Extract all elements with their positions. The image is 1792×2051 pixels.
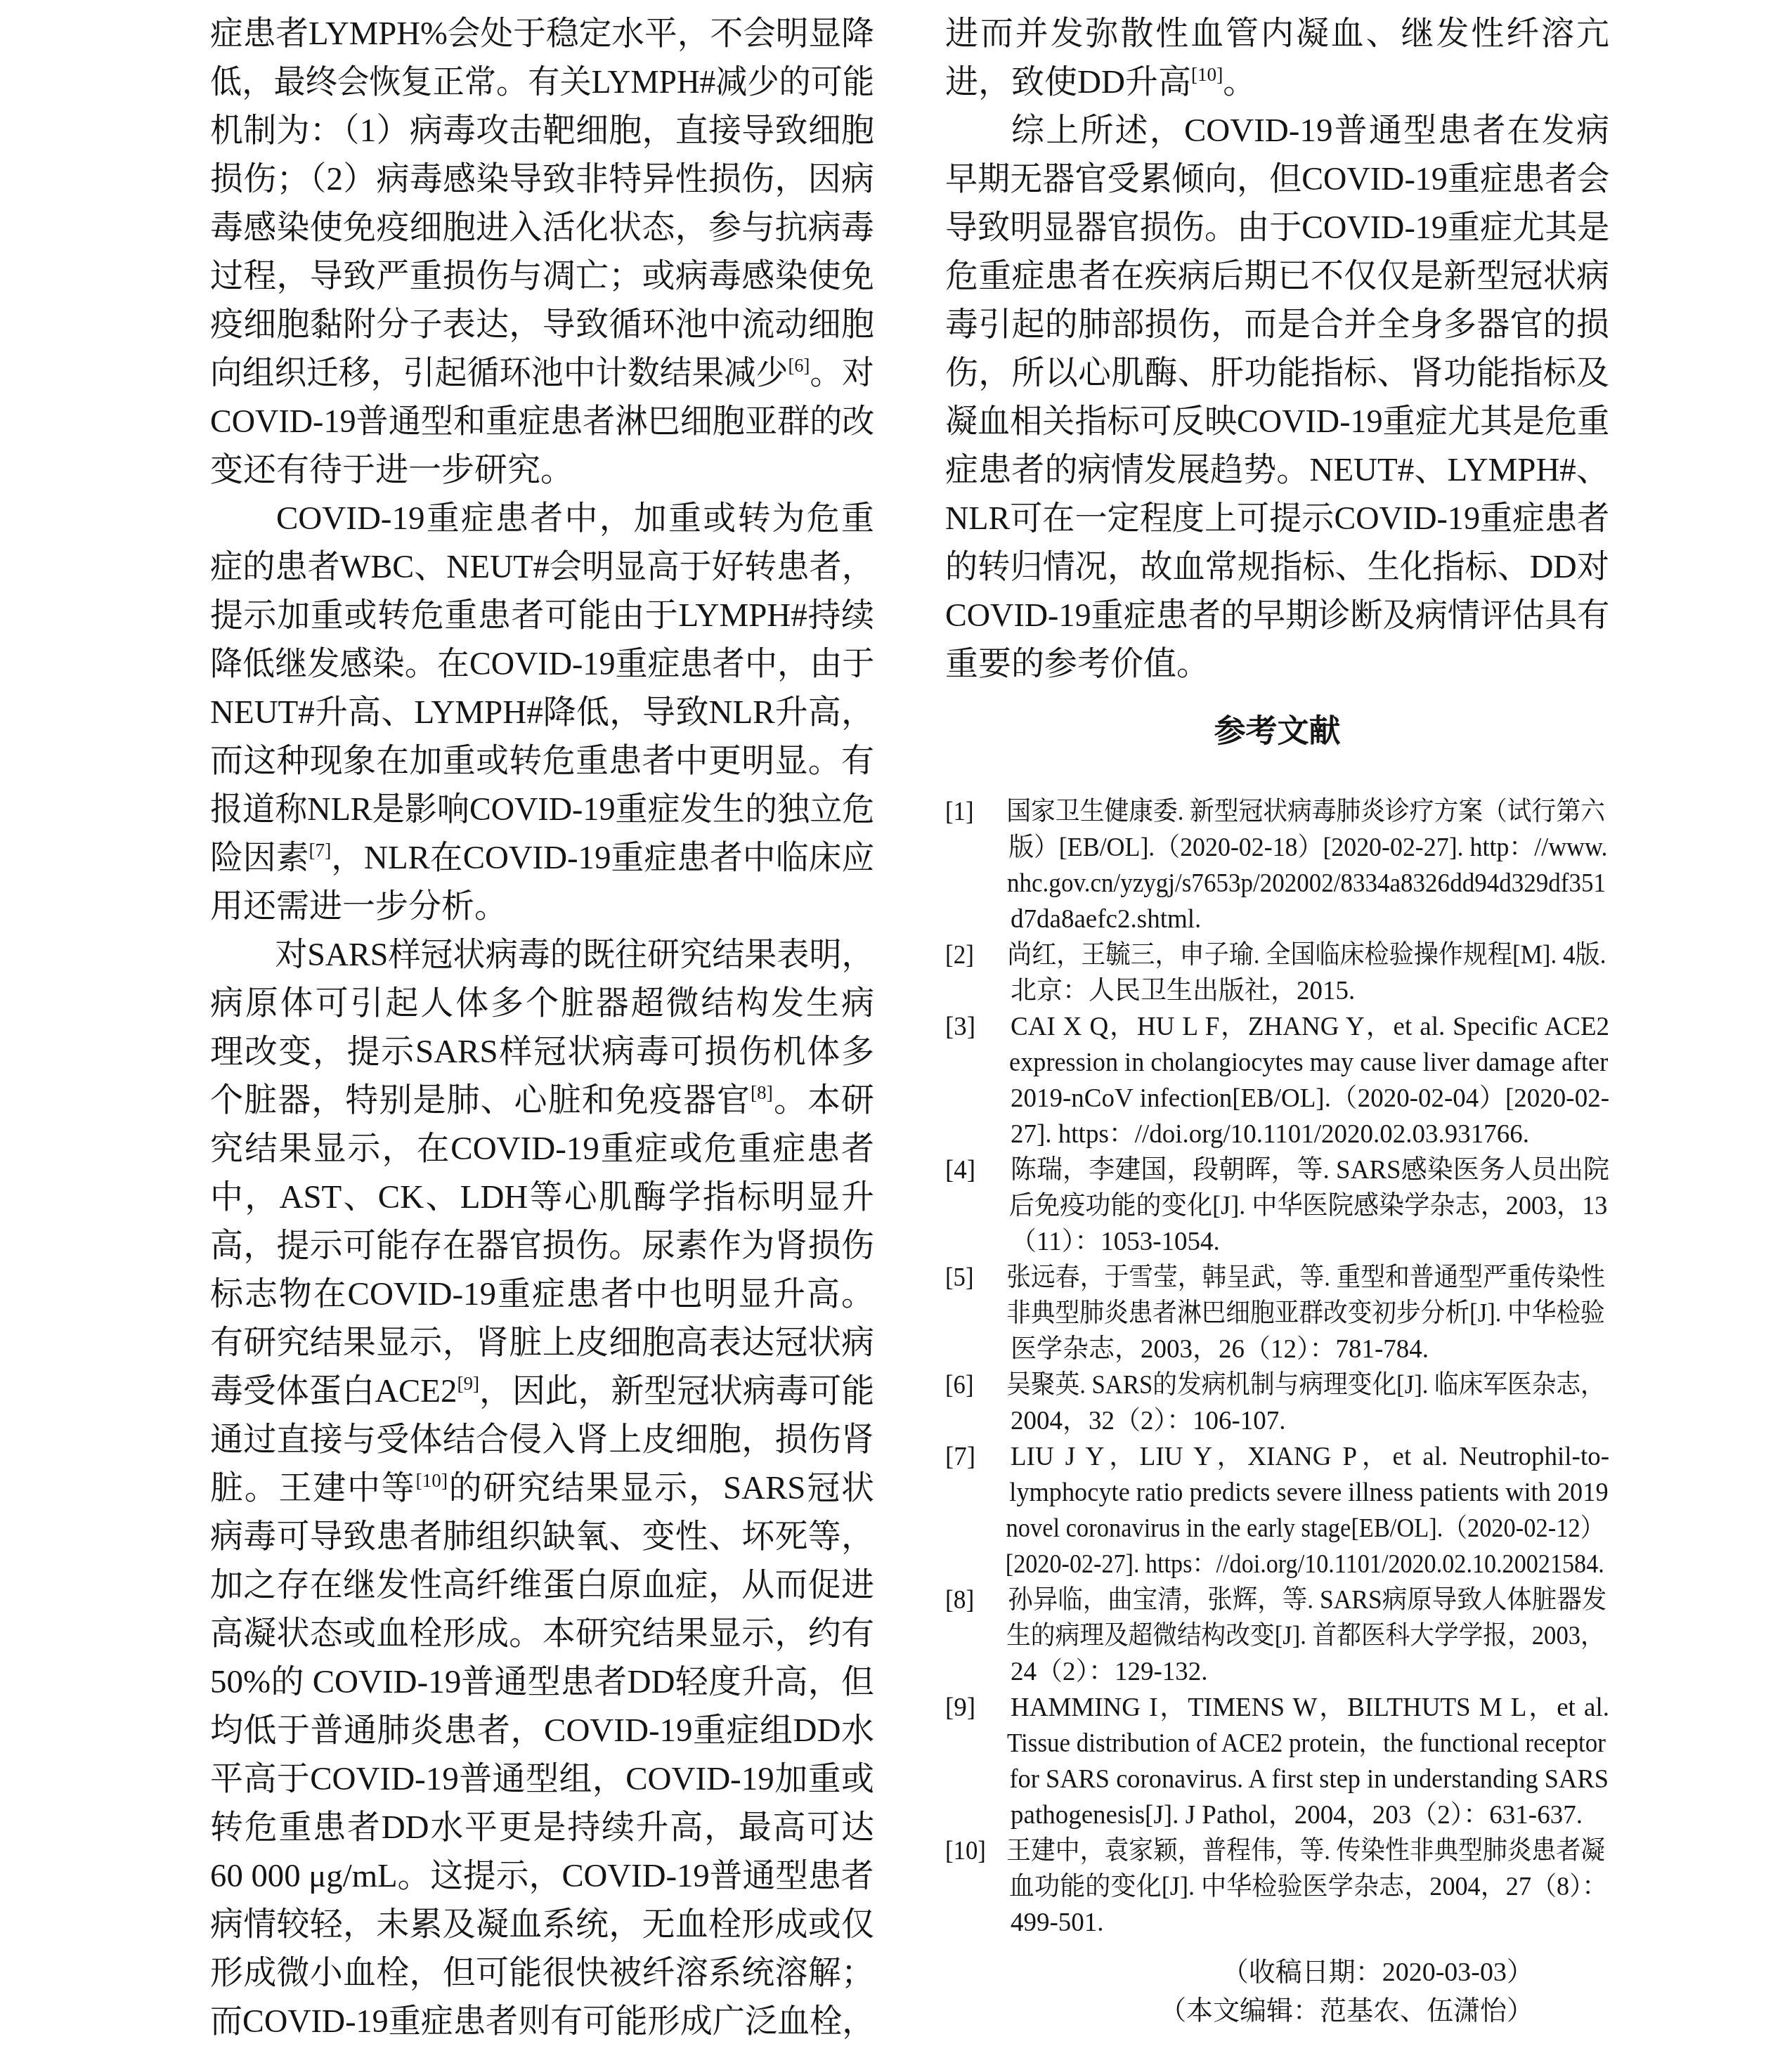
body-text-line: 险因素[7]，NLR在COVID-19重症患者中临床应	[210, 834, 872, 883]
body-text-line: 病原体可引起人体多个脏器超微结构发生病	[210, 979, 874, 1028]
text-run: 王建中，袁家颖，普程伟，等. 传染性非典型肺炎患者凝	[1006, 1837, 1605, 1866]
reference-line: [9]HAMMING I，TIMENS W，BILTHUTS M L，et al…	[945, 1690, 1609, 1726]
text-run: 张远春，于雪莹，韩呈武，等. 重型和普通型严重传染性	[1006, 1263, 1605, 1292]
reference-line: 2004，32（2）：106-107.	[945, 1403, 1609, 1439]
text-run: 50%的 COVID-19普通型患者DD轻度升高，但	[210, 1664, 874, 1700]
text-run: 27]. https：//doi.org/10.1101/2020.02.03.…	[1011, 1120, 1529, 1149]
text-run: 的转归情况，故血常规指标、生化指标、DD对	[945, 549, 1609, 585]
body-text-line: 低，最终会恢复正常。有关LYMPH#减少的可能	[210, 58, 849, 107]
reference-number: [1]	[945, 794, 974, 830]
text-run: 后免疫功能的变化[J]. 中华医院感染学杂志，2003，13	[1009, 1192, 1608, 1220]
body-text-line: 凝血相关指标可反映COVID-19重症尤其是危重	[945, 398, 1597, 446]
body-text-line: 转危重患者DD水平更是持续升高，最高可达	[210, 1804, 874, 1852]
reference-line: [10]王建中，袁家颖，普程伟，等. 传染性非典型肺炎患者凝	[945, 1833, 1569, 1869]
text-run: 血功能的变化[J]. 中华检验医学杂志，2004，27（8）：	[1009, 1873, 1608, 1901]
text-run: 毒引起的肺部损伤，而是合并全身多器官的损	[945, 306, 1609, 343]
text-run: 2019-nCoV infection[EB/OL].（2020-02-04）[…	[1011, 1084, 1609, 1113]
text-run: 综上所述，COVID-19普通型患者在发病	[1011, 112, 1609, 149]
body-text-line: 向组织迁移，引起循环池中计数结果减少[6]。对	[210, 349, 856, 398]
text-run: 均低于普通肺炎患者，COVID-19重症组DD水	[210, 1712, 874, 1749]
reference-line: for SARS coronavirus. A first step in un…	[945, 1762, 1599, 1797]
reference-line: [8]孙异临，曲宝清，张辉，等. SARS病原导致人体脏器发	[945, 1582, 1583, 1618]
body-text-line: 究结果显示，在COVID-19重症或危重症患者	[210, 1125, 874, 1173]
reference-line: 医学杂志，2003，26（12）：781-784.	[945, 1331, 1609, 1367]
text-run: NEUT#升高、LYMPH#降低，导致NLR升高，	[210, 694, 874, 731]
text-run: 中，AST、CK、LDH等心肌酶学指标明显升	[210, 1179, 874, 1216]
body-text-line: 危重症患者在疾病后期已不仅仅是新型冠状病	[945, 252, 1609, 301]
reference-number: [9]	[945, 1690, 975, 1726]
text-run: 标志物在COVID-19重症患者中也明显升高。	[210, 1276, 874, 1313]
text-run: 病原体可引起人体多个脏器超微结构发生病	[210, 985, 874, 1022]
body-text-line: 形成微小血栓，但可能很快被纤溶系统溶解；	[210, 1949, 874, 1998]
text-run: 损伤；（2）病毒感染导致非特异性损伤，因病	[210, 161, 874, 197]
text-run: 尚红，王毓三，申子瑜. 全国临床检验操作规程[M]. 4版.	[1007, 941, 1606, 970]
reference-line: 血功能的变化[J]. 中华检验医学杂志，2004，27（8）：	[945, 1869, 1594, 1905]
reference-line: 北京：人民卫生出版社，2015.	[945, 973, 1609, 1009]
superscript-citation: [9]	[457, 1373, 479, 1394]
superscript-citation: [6]	[788, 355, 810, 376]
text-run: CAI X Q，HU L F，ZHANG Y，et al. Specific A…	[1011, 1013, 1609, 1041]
body-text-line: 毒受体蛋白ACE2[9]，因此，新型冠状病毒可能	[210, 1367, 872, 1416]
body-text-line: 变还有待于进一步研究。	[210, 446, 874, 495]
reference-number: [3]	[945, 1009, 975, 1045]
reference-line: [1]国家卫生健康委. 新型冠状病毒肺炎诊疗方案（试行第六	[945, 794, 1569, 830]
text-run: 症的患者WBC、NEUT#会明显高于好转患者，	[210, 549, 874, 585]
reference-line: [4]陈瑞，李建国，段朝晖，等. SARS感染医务人员出院	[945, 1152, 1609, 1188]
body-text-line: 综上所述，COVID-19普通型患者在发病	[945, 107, 1609, 155]
text-run: 进而并发弥散性血管内凝血、继发性纤溶亢	[945, 15, 1609, 52]
text-run: 形成微小血栓，但可能很快被纤溶系统溶解；	[210, 1955, 874, 1991]
body-text-line: 伤，所以心肌酶、肝功能指标、肾功能指标及	[945, 349, 1609, 398]
body-text-line: 进，致使DD升高[10]。	[945, 58, 1609, 107]
body-text-line: 中，AST、CK、LDH等心肌酶学指标明显升	[210, 1173, 874, 1222]
superscript-citation: [10]	[1191, 64, 1223, 85]
reference-line: expression in cholangiocytes may cause l…	[945, 1045, 1595, 1081]
text-run: 究结果显示，在COVID-19重症或危重症患者	[210, 1131, 874, 1167]
body-text-line: 提示加重或转危重患者可能由于LYMPH#持续	[210, 592, 874, 640]
text-run: 低，最终会恢复正常。有关LYMPH#减少的可能	[210, 64, 874, 100]
reference-line: 27]. https：//doi.org/10.1101/2020.02.03.…	[945, 1116, 1609, 1152]
body-text-line: 通过直接与受体结合侵入肾上皮细胞，损伤肾	[210, 1416, 874, 1464]
body-text-line: 而COVID-19重症患者则有可能形成广泛血栓，	[210, 1998, 862, 2046]
text-run: COVID-19普通型和重症患者淋巴细胞亚群的改	[210, 403, 874, 440]
body-text-line: COVID-19重症患者中，加重或转为危重	[210, 495, 874, 543]
text-run: 导致明显器官损伤。由于COVID-19重症尤其是	[945, 209, 1609, 246]
left-column: 症患者LYMPH%会处于稳定水平，不会明显降低，最终会恢复正常。有关LYMPH#…	[210, 0, 874, 2046]
text-run: 变还有待于进一步研究。	[210, 452, 573, 488]
body-text-line: 机制为：（1）病毒攻击靶细胞，直接导致细胞	[210, 107, 874, 155]
body-text-line: 高，提示可能存在器官损伤。尿素作为肾损伤	[210, 1222, 874, 1270]
text-run: 。本研	[773, 1082, 874, 1119]
text-run: 症患者LYMPH%会处于稳定水平，不会明显降	[210, 15, 874, 52]
text-run: nhc.gov.cn/yzygj/s7653p/202002/8334a8326…	[1007, 869, 1606, 898]
reference-line: 24（2）：129-132.	[945, 1654, 1609, 1690]
body-text-line: 降低继发感染。在COVID-19重症患者中，由于	[210, 640, 862, 689]
text-run: Tissue distribution of ACE2 protein，the …	[1007, 1729, 1606, 1758]
text-run: 生的病理及超微结构改变[J]. 首都医科大学学报，2003，	[1006, 1622, 1605, 1650]
reference-line: 非典型肺炎患者淋巴细胞亚群改变初步分析[J]. 中华检验	[945, 1296, 1568, 1331]
body-text-line: 病情较轻，未累及凝血系统，无血栓形成或仅	[210, 1901, 874, 1949]
text-run: 降低继发感染。在COVID-19重症患者中，由于	[210, 646, 874, 682]
body-text-line: 症患者的病情发展趋势。NEUT#、LYMPH#、	[945, 446, 1609, 495]
text-run: 平高于COVID-19普通型组，COVID-19加重或	[210, 1761, 874, 1797]
body-text-line: 50%的 COVID-19普通型患者DD轻度升高，但	[210, 1658, 874, 1707]
reference-number: [8]	[945, 1582, 974, 1618]
text-run: 陈瑞，李建国，段朝晖，等. SARS感染医务人员出院	[1011, 1156, 1609, 1185]
body-text-line: 导致明显器官损伤。由于COVID-19重症尤其是	[945, 204, 1597, 252]
reference-line: pathogenesis[J]. J Pathol，2004，203（2）：63…	[945, 1797, 1609, 1833]
reference-line: [5]张远春，于雪莹，韩呈武，等. 重型和普通型严重传染性	[945, 1260, 1569, 1296]
text-run: （11）：1053-1054.	[1011, 1228, 1220, 1256]
editors-note: （本文编辑：范基农、伍潇怡）	[945, 1992, 1609, 2031]
body-text-line: 症患者LYMPH%会处于稳定水平，不会明显降	[210, 10, 870, 58]
text-run: 疫细胞黏附分子表达，导致循环池中流动细胞	[210, 306, 874, 343]
text-run: 国家卫生健康委. 新型冠状病毒肺炎诊疗方案（试行第六	[1006, 797, 1605, 826]
text-run: 个脏器，特别是肺、心脏和免疫器官	[210, 1082, 751, 1119]
text-run: novel coronavirus in the early stage[EB/…	[1006, 1514, 1605, 1543]
body-text-line: 的转归情况，故血常规指标、生化指标、DD对	[945, 543, 1598, 592]
text-run: 499-501.	[1011, 1908, 1104, 1937]
text-run: 高，提示可能存在器官损伤。尿素作为肾损伤	[210, 1228, 874, 1264]
text-run: 而COVID-19重症患者则有可能形成广泛血栓，	[210, 2003, 874, 2040]
reference-number: [5]	[945, 1260, 974, 1296]
body-text-line: 加之存在继发性高纤维蛋白原血症，从而促进	[210, 1561, 874, 1610]
body-text-line: 对SARS样冠状病毒的既往研究结果表明，	[210, 931, 861, 979]
body-text-line: 平高于COVID-19普通型组，COVID-19加重或	[210, 1755, 874, 1804]
body-text-line: 重要的参考价值。	[945, 640, 1609, 689]
text-run: 医学杂志，2003，26（12）：781-784.	[1011, 1335, 1429, 1364]
text-run: 险因素	[210, 840, 309, 876]
text-run: 凝血相关指标可反映COVID-19重症尤其是危重	[945, 403, 1609, 440]
reference-line: d7da8aefc2.shtml.	[945, 901, 1609, 937]
text-run: 病毒可导致患者肺组织缺氧、变性、坏死等，	[210, 1518, 874, 1555]
text-run: expression in cholangiocytes may cause l…	[1009, 1048, 1608, 1077]
text-run: 孙异临，曲宝清，张辉，等. SARS病原导致人体脏器发	[1008, 1586, 1606, 1615]
text-run: pathogenesis[J]. J Pathol，2004，203（2）：63…	[1011, 1801, 1583, 1830]
body-text-line: 有研究结果显示，肾脏上皮细胞高表达冠状病	[210, 1319, 874, 1367]
body-text-line: 均低于普通肺炎患者，COVID-19重症组DD水	[210, 1707, 874, 1755]
body-text-line: 理改变，提示SARS样冠状病毒可损伤机体多	[210, 1028, 874, 1076]
text-run: 症患者的病情发展趋势。NEUT#、LYMPH#、	[945, 452, 1609, 488]
text-run: 版）[EB/OL].（2020-02-18）[2020-02-27]. http…	[1008, 833, 1607, 862]
body-text-line: 病毒可导致患者肺组织缺氧、变性、坏死等，	[210, 1513, 874, 1561]
text-run: 高凝状态或血栓形成。本研究结果显示，约有	[210, 1615, 874, 1652]
text-run: 机制为：（1）病毒攻击靶细胞，直接导致细胞	[210, 112, 874, 149]
text-run: 过程，导致严重损伤与凋亡；或病毒感染使免	[210, 258, 874, 294]
body-text-line: 过程，导致严重损伤与凋亡；或病毒感染使免	[210, 252, 874, 301]
body-text-line: COVID-19重症患者的早期诊断及病情评估具有	[945, 592, 1597, 640]
text-run: 报道称NLR是影响COVID-19重症发生的独立危	[210, 791, 874, 828]
text-run: 进，致使DD升高	[945, 64, 1191, 100]
text-run: 危重症患者在疾病后期已不仅仅是新型冠状病	[945, 258, 1609, 294]
body-text-line: 脏。王建中等[10]的研究结果显示，SARS冠状	[210, 1464, 874, 1513]
body-text-line: 个脏器，特别是肺、心脏和免疫器官[8]。本研	[210, 1076, 874, 1125]
text-run: 对SARS样冠状病毒的既往研究结果表明，	[275, 937, 874, 973]
reference-line: （11）：1053-1054.	[945, 1224, 1609, 1260]
body-text-line: 60 000 μg/mL。这提示，COVID-19普通型患者	[210, 1852, 871, 1901]
body-text-line: 而这种现象在加重或转危重患者中更明显。有	[210, 737, 874, 786]
text-run: 2004，32（2）：106-107.	[1011, 1407, 1286, 1435]
text-run: ，因此，新型冠状病毒可能	[479, 1373, 874, 1409]
reference-line: Tissue distribution of ACE2 protein，the …	[945, 1726, 1573, 1762]
text-run: 重要的参考价值。	[945, 646, 1209, 682]
superscript-citation: [8]	[751, 1082, 773, 1103]
article-meta: （收稿日期：2020-03-03） （本文编辑：范基农、伍潇怡）	[945, 1953, 1609, 2031]
reference-line: lymphocyte ratio predicts severe illness…	[945, 1475, 1597, 1511]
text-run: 的研究结果显示，SARS冠状	[448, 1470, 874, 1506]
text-run: HAMMING I，TIMENS W，BILTHUTS M L，et al.	[1011, 1693, 1609, 1722]
text-run: 早期无器官受累倾向，但COVID-19重症患者会	[945, 161, 1609, 197]
text-run: 非典型肺炎患者淋巴细胞亚群改变初步分析[J]. 中华检验	[1006, 1299, 1605, 1328]
text-run: 毒受体蛋白ACE2	[210, 1373, 457, 1409]
text-run: ，NLR在COVID-19重症患者中临床应	[331, 840, 874, 876]
page: 症患者LYMPH%会处于稳定水平，不会明显降低，最终会恢复正常。有关LYMPH#…	[0, 0, 1792, 2051]
reference-number: [6]	[945, 1367, 973, 1403]
text-run: d7da8aefc2.shtml.	[1011, 905, 1201, 934]
references-list: [1]国家卫生健康委. 新型冠状病毒肺炎诊疗方案（试行第六版）[EB/OL].（…	[945, 794, 1609, 1941]
reference-number: [7]	[945, 1439, 975, 1475]
body-text-line: 进而并发弥散性血管内凝血、继发性纤溶亢	[945, 10, 1609, 58]
reference-line: 499-501.	[945, 1905, 1609, 1941]
reference-line: 2019-nCoV infection[EB/OL].（2020-02-04）[…	[945, 1081, 1609, 1116]
text-run: 通过直接与受体结合侵入肾上皮细胞，损伤肾	[210, 1421, 874, 1458]
superscript-citation: [7]	[309, 840, 332, 861]
right-column: 进而并发弥散性血管内凝血、继发性纤溶亢进，致使DD升高[10]。综上所述，COV…	[945, 0, 1609, 2031]
text-run: 24（2）：129-132.	[1011, 1658, 1208, 1686]
body-text-line: 疫细胞黏附分子表达，导致循环池中流动细胞	[210, 301, 874, 349]
reference-line: nhc.gov.cn/yzygj/s7653p/202002/8334a8326…	[945, 866, 1574, 901]
body-text-line: 高凝状态或血栓形成。本研究结果显示，约有	[210, 1610, 874, 1658]
body-text-line: 早期无器官受累倾向，但COVID-19重症患者会	[945, 155, 1597, 204]
body-text-line: NEUT#升高、LYMPH#降低，导致NLR升高，	[210, 689, 874, 737]
reference-line: [6]吴聚英. SARS的发病机制与病理变化[J]. 临床军医杂志，	[945, 1367, 1568, 1403]
text-run: 转危重患者DD水平更是持续升高，最高可达	[210, 1809, 874, 1846]
reference-line: [3]CAI X Q，HU L F，ZHANG Y，et al. Specifi…	[945, 1009, 1609, 1045]
text-run: 北京：人民卫生出版社，2015.	[1011, 977, 1355, 1005]
body-text-line: NLR可在一定程度上可提示COVID-19重症患者	[945, 495, 1597, 543]
text-run: for SARS coronavirus. A first step in un…	[1009, 1765, 1608, 1794]
right-column-body: 进而并发弥散性血管内凝血、继发性纤溶亢进，致使DD升高[10]。综上所述，COV…	[945, 10, 1609, 689]
received-date: （收稿日期：2020-03-03）	[945, 1953, 1609, 1992]
reference-number: [4]	[945, 1152, 975, 1188]
text-run: 病情较轻，未累及凝血系统，无血栓形成或仅	[210, 1906, 874, 1943]
text-run: 吴聚英. SARS的发病机制与病理变化[J]. 临床军医杂志，	[1006, 1371, 1605, 1400]
reference-line: [7]LIU J Y，LIU Y，XIANG P，et al. Neutroph…	[945, 1439, 1609, 1475]
text-run: LIU J Y，LIU Y，XIANG P，et al. Neutrophil-…	[1011, 1443, 1609, 1471]
reference-line: 版）[EB/OL].（2020-02-18）[2020-02-27]. http…	[945, 830, 1589, 866]
text-run: COVID-19重症患者的早期诊断及病情评估具有	[945, 597, 1609, 634]
text-run: 脏。王建中等	[210, 1470, 416, 1506]
reference-number: [2]	[945, 937, 974, 973]
body-text-line: 毒引起的肺部损伤，而是合并全身多器官的损	[945, 301, 1609, 349]
reference-line: [2]尚红，王毓三，申子瑜. 全国临床检验操作规程[M]. 4版.	[945, 937, 1575, 973]
text-run: 用还需进一步分析。	[210, 888, 507, 925]
text-run: 提示加重或转危重患者可能由于LYMPH#持续	[210, 597, 874, 634]
body-text-line: COVID-19普通型和重症患者淋巴细胞亚群的改	[210, 398, 862, 446]
text-run: 毒感染使免疫细胞进入活化状态，参与抗病毒	[210, 209, 874, 246]
text-run: NLR可在一定程度上可提示COVID-19重症患者	[945, 500, 1609, 537]
superscript-citation: [10]	[416, 1470, 448, 1491]
text-run: 向组织迁移，引起循环池中计数结果减少	[210, 355, 788, 391]
reference-number: [10]	[945, 1833, 986, 1869]
body-text-line: 标志物在COVID-19重症患者中也明显升高。	[210, 1270, 874, 1319]
text-run: 理改变，提示SARS样冠状病毒可损伤机体多	[210, 1034, 874, 1070]
text-run: COVID-19重症患者中，加重或转为危重	[276, 500, 874, 537]
text-run: 有研究结果显示，肾脏上皮细胞高表达冠状病	[210, 1324, 874, 1361]
text-run: 。	[1223, 64, 1256, 100]
body-text-line: 报道称NLR是影响COVID-19重症发生的独立危	[210, 786, 862, 834]
text-run: 而这种现象在加重或转危重患者中更明显。有	[210, 743, 874, 779]
text-run: 60 000 μg/mL。这提示，COVID-19普通型患者	[210, 1858, 874, 1894]
body-text-line: 损伤；（2）病毒感染导致非特异性损伤，因病	[210, 155, 874, 204]
text-run: lymphocyte ratio predicts severe illness…	[1009, 1478, 1608, 1507]
text-run: 伤，所以心肌酶、肝功能指标、肾功能指标及	[945, 355, 1609, 391]
text-run: 加之存在继发性高纤维蛋白原血症，从而促进	[210, 1567, 874, 1603]
text-run: 。对	[810, 355, 874, 391]
references-heading: 参考文献	[945, 710, 1609, 753]
body-text-line: 用还需进一步分析。	[210, 883, 874, 931]
reference-line: [2020-02-27]. https：//doi.org/10.1101/20…	[945, 1547, 1558, 1582]
text-run: [2020-02-27]. https：//doi.org/10.1101/20…	[1006, 1550, 1604, 1579]
reference-line: 后免疫功能的变化[J]. 中华医院感染学杂志，2003，13	[945, 1188, 1594, 1224]
reference-line: novel coronavirus in the early stage[EB/…	[945, 1511, 1564, 1547]
reference-line: 生的病理及超微结构改变[J]. 首都医科大学学报，2003，	[945, 1618, 1568, 1654]
body-text-line: 毒感染使免疫细胞进入活化状态，参与抗病毒	[210, 204, 874, 252]
body-text-line: 症的患者WBC、NEUT#会明显高于好转患者，	[210, 543, 863, 592]
